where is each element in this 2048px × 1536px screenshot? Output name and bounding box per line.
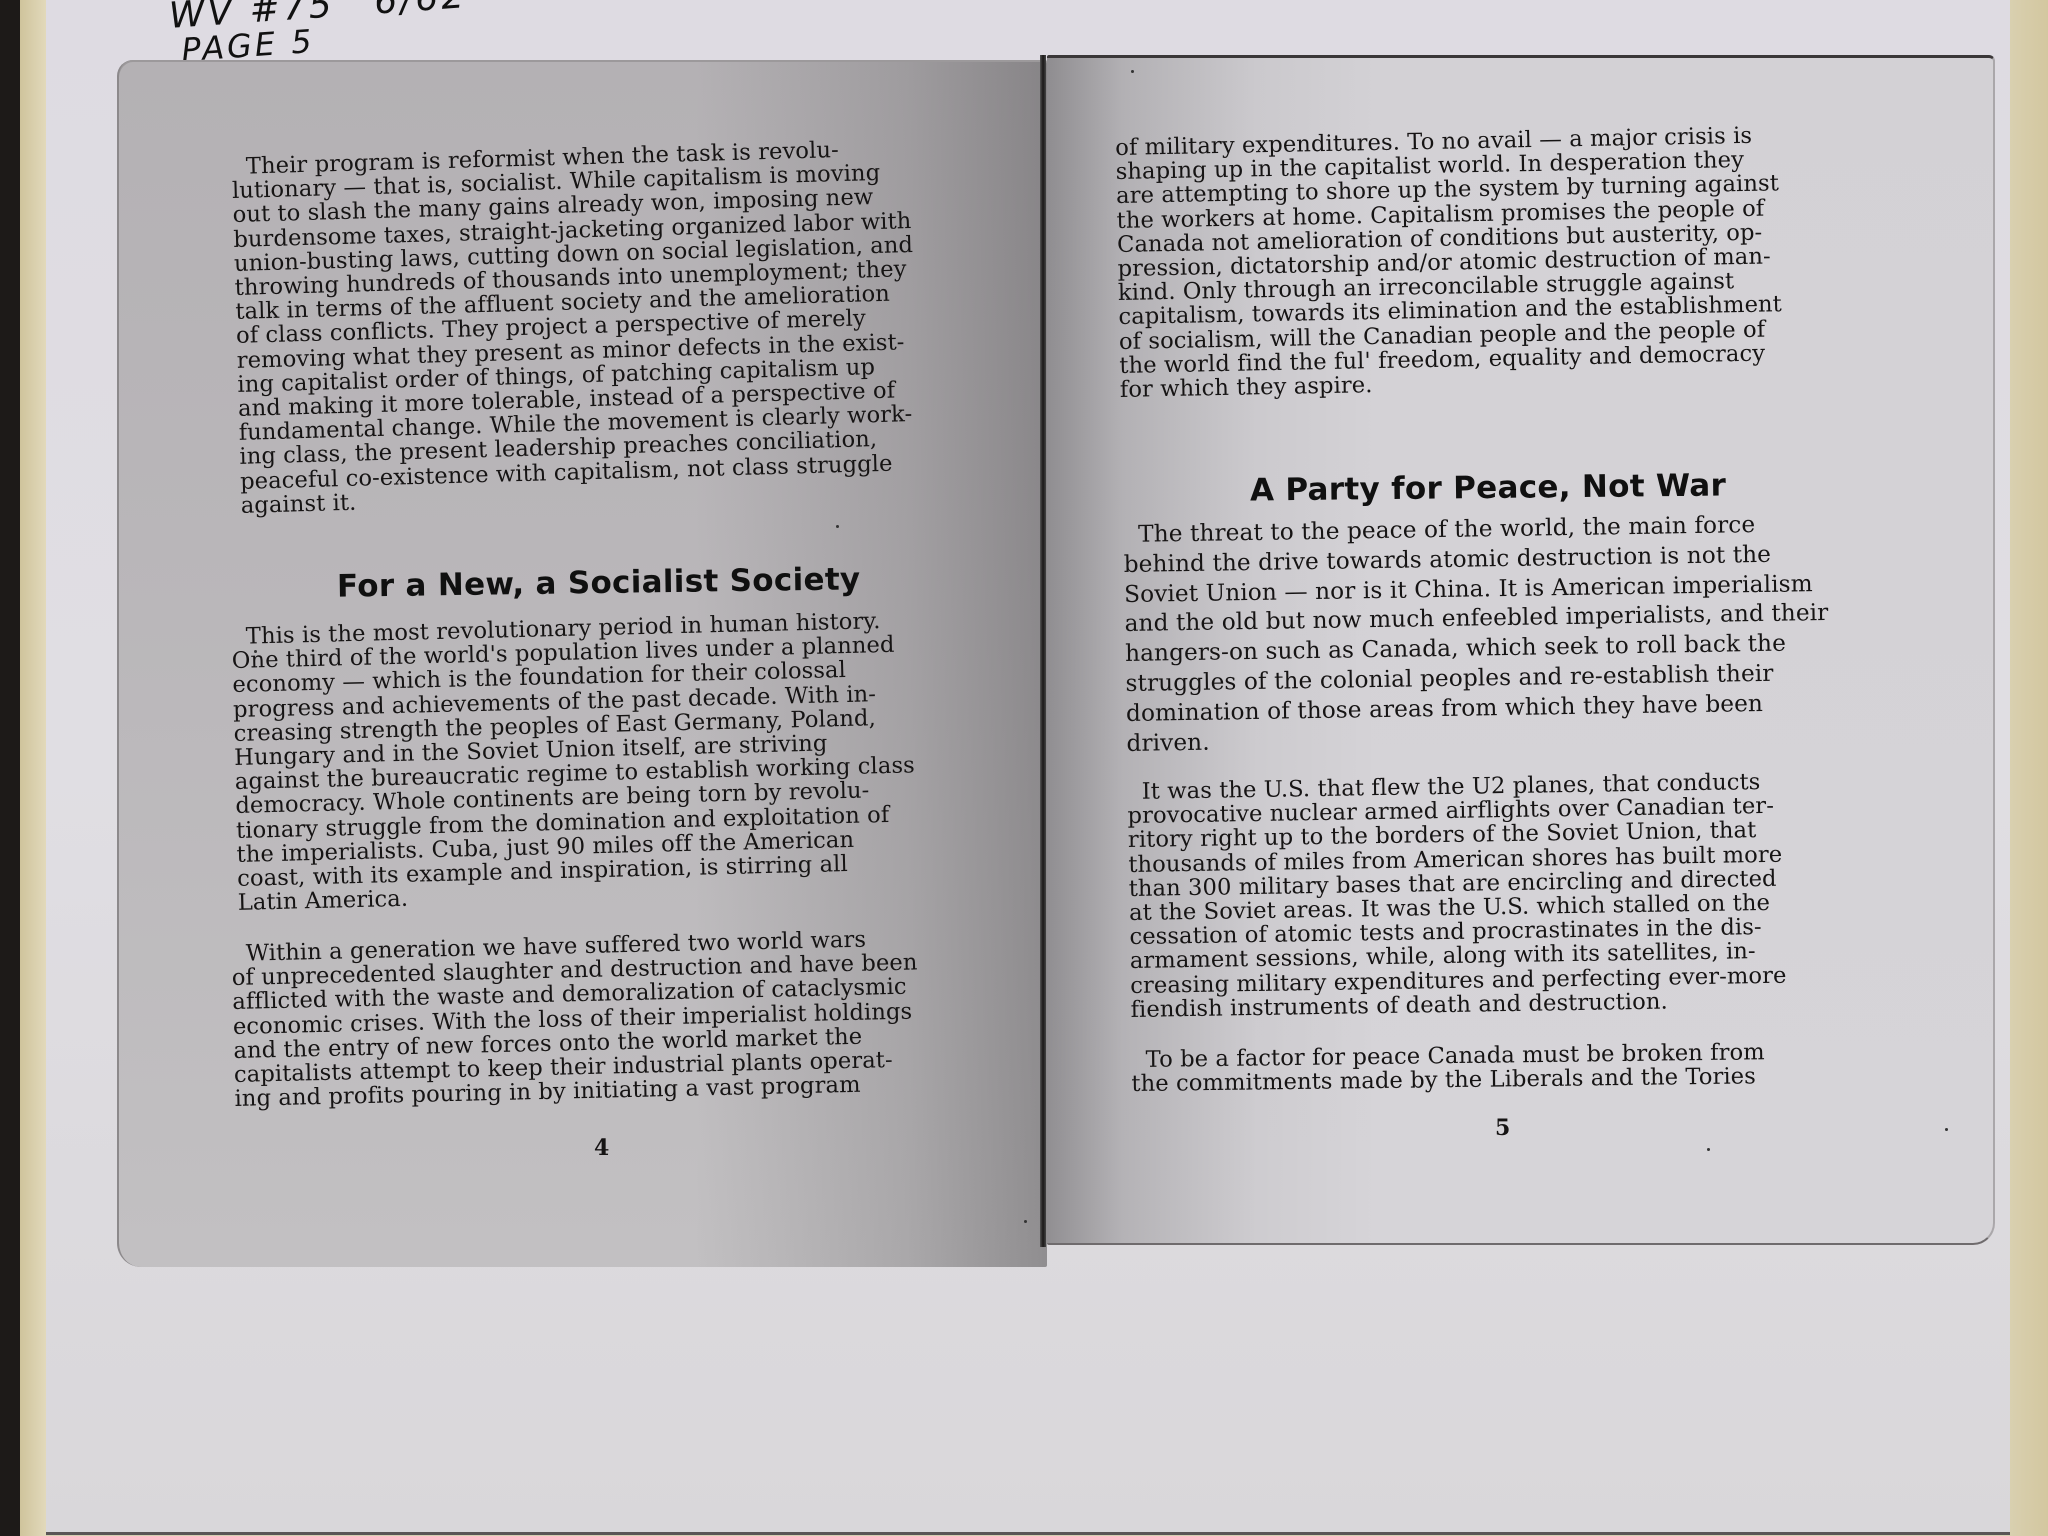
scan-speck (1707, 1148, 1710, 1151)
paragraph-factor-for-peace: To be a factor for peace Canada must be … (1131, 1040, 1765, 1096)
scanner-dark-edge (0, 0, 20, 1536)
scanner-cream-edge-left (20, 0, 46, 1536)
paragraph-military-expenditures: of military expenditures. To no avail — … (1115, 123, 1783, 402)
scan-speck (1131, 70, 1134, 73)
paragraph-world-wars: Within a generation we have suffered two… (231, 926, 921, 1111)
paragraph-threat-to-peace: The threat to the peace of the world, th… (1123, 509, 1830, 758)
booklet-spine (1040, 55, 1046, 1247)
paragraph-us-u2-planes: It was the U.S. that flew the U2 planes,… (1127, 770, 1787, 1022)
booklet-page-5: of military expenditures. To no avail — … (1047, 55, 1995, 1245)
booklet-page-4: Their program is reformist when the task… (117, 60, 1047, 1267)
page-number: 5 (1495, 1115, 1510, 1141)
page-number: 4 (594, 1135, 609, 1161)
scan-speck (1024, 1220, 1027, 1223)
scanner-cream-edge-right (2010, 0, 2048, 1536)
section-heading-socialist-society: For a New, a Socialist Society (337, 561, 861, 604)
scan-speck (1945, 1128, 1948, 1131)
scan-speck (836, 525, 839, 528)
scan-speck (254, 650, 257, 653)
paragraph-reformist-program: Their program is reformist when the task… (231, 136, 920, 518)
paragraph-revolutionary-period: This is the most revolutionary period in… (231, 608, 918, 915)
section-heading-peace-not-war: A Party for Peace, Not War (1250, 468, 1727, 509)
